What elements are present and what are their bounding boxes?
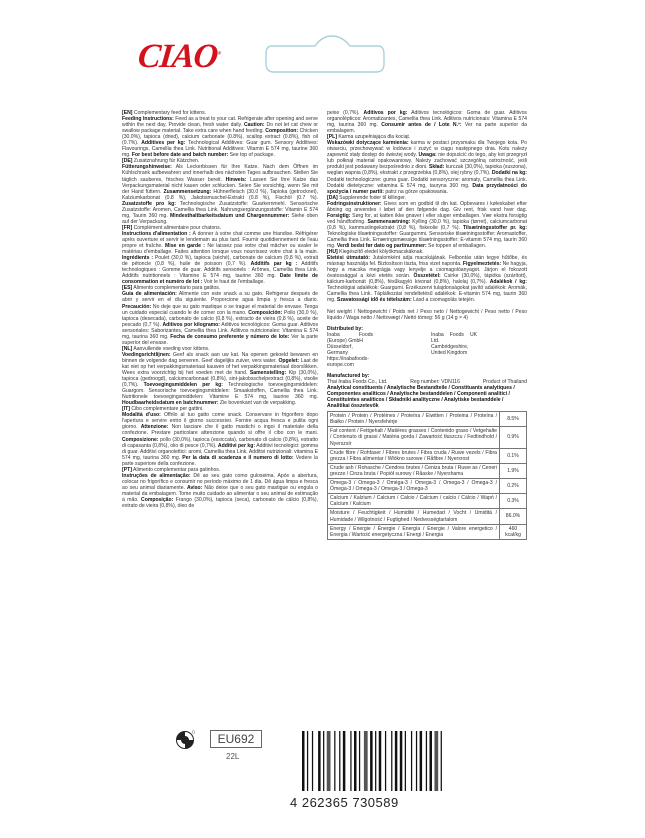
constituent-value: 460 kcal/kg [500,524,527,539]
distributor-uk-name: Inaba Foods UK Ltd. [431,332,477,344]
field-text: See top of package. [228,152,275,158]
field-text: Se toppen af emballagen. [427,243,486,249]
barcode-number: 4 262365 730589 [290,795,399,810]
constituent-label: Fat content / Fettgehalt / Matières gras… [328,427,500,448]
distributor-uk: Inaba Foods UK Ltd. Cambridgeshire, Unit… [431,332,527,368]
field-label: Szavatossági idő és tételszám: [337,297,412,303]
language-section: [NL] Aanvullende voeding voor kittens.Vo… [122,346,318,406]
distributor-eu-city: Düsseldorf, Germany [327,344,373,356]
field-label: Consumir antes de / Lote N.º: [381,122,461,128]
field-text: Zie bovenkant van de verpakking. [219,400,297,406]
constituent-value: 8.5% [500,412,527,427]
constituent-value: 86.0% [500,509,527,524]
distributors: Inaba Foods (Europe) GmbH Düsseldorf, Ge… [327,332,527,368]
analytical-row: Fat content / Fettgehalt / Matières gras… [328,427,527,448]
distributor-eu-name: Inaba Foods (Europe) GmbH [327,332,373,344]
analytical-row: Energy / Energie / Énergie / Energía / E… [328,524,527,539]
net-weight: Net weight / Nettogewicht / Poids net / … [327,309,527,321]
analytical-row: Crude fibre / Rohfaser / Fibres brutes /… [328,448,527,463]
language-section: [FR] Complément alimentaire pour chatons… [122,225,318,285]
constituent-value: 0.2% [500,479,527,494]
constituent-value: 0.1% [500,448,527,463]
constituent-label: Energy / Energie / Énergie / Energía / E… [328,524,500,539]
distributor-eu: Inaba Foods (Europe) GmbH Düsseldorf, Ge… [327,332,423,368]
language-section: [ES] Alimento complementario para gatito… [122,285,318,345]
distributor-eu-url[interactable]: https://inabafoods-europe.com [327,356,373,368]
constituent-value: 1.9% [500,463,527,478]
constituent-label: Omega-3 / Omega-3 / Oméga-3 / Omega-3 / … [328,479,500,494]
distributor-uk-city: Cambridgeshire, United Kingdom [431,344,477,356]
language-section: [PT] Alimento complementar para gatinhos… [122,467,318,509]
constituent-label: Calcium / Kalzium / Calcium / Calcio / C… [328,494,500,509]
field-label: Fecha de consumo preferente y número de … [170,334,289,340]
ciao-logo: CIAO® [136,38,222,76]
language-section: [EN] Complementary feed for kittens.Feed… [122,110,318,158]
cloud-outline-shape [260,32,390,76]
barcode [300,731,468,791]
language-section: [DE] Zusatznahrung für Kätzchen.Fütterun… [122,158,318,225]
language-section: [HU] Kiegészítő eledel kölyökmacskáknak.… [327,249,527,303]
constituent-label: Moisture / Feuchtigkeit / Humidité / Hum… [328,509,500,524]
eu-code-box: EU692 [210,730,262,748]
field-text: Lásd a csomagolás tetején. [412,297,475,303]
analytical-row: Omega-3 / Omega-3 / Oméga-3 / Omega-3 / … [328,479,527,494]
analytical-row: Protein / Protein / Protéines / Proteína… [328,412,527,427]
constituent-label: Crude ash / Rohasche / Cendres brutes / … [328,463,500,478]
constituent-label: Protein / Protein / Protéines / Proteína… [328,412,500,427]
green-dot-recycle-icon [175,730,195,750]
analytical-row: Moisture / Feuchtigkeit / Humidité / Hum… [328,509,527,524]
analytical-constituents-title: Analytical constituents / Analytische Be… [327,385,527,409]
language-section: peixe (0,7%). Aditivos por kg: Aditivos … [327,110,527,134]
field-label: Mindesthaltbarkeitsdatum und Chargennumm… [170,213,289,219]
constituent-value: 0.9% [500,427,527,448]
language-section: [DA] Supplerende foder til killinger.Fod… [327,195,527,249]
analytical-table: Protein / Protein / Protéines / Proteína… [327,411,527,540]
language-section: [PL] Karma uzupełniająca dla kociąt.Wska… [327,134,527,194]
constituent-label: Crude fibre / Rohfaser / Fibres brutes /… [328,448,500,463]
right-text-column: peixe (0,7%). Aditivos por kg: Aditivos … [327,110,527,540]
language-section: [IT] Cibo complementare per gattini.Moda… [122,406,318,466]
field-label: Per la data di scadenza e il numero di l… [182,455,293,461]
constituent-value: 0.3% [500,494,527,509]
eu-code-sub: 22L [226,752,239,761]
analytical-row: Calcium / Kalzium / Calcium / Calcio / C… [328,494,527,509]
analytical-row: Crude ash / Rohasche / Cendres brutes / … [328,463,527,478]
left-text-column: [EN] Complementary feed for kittens.Feed… [122,110,318,509]
